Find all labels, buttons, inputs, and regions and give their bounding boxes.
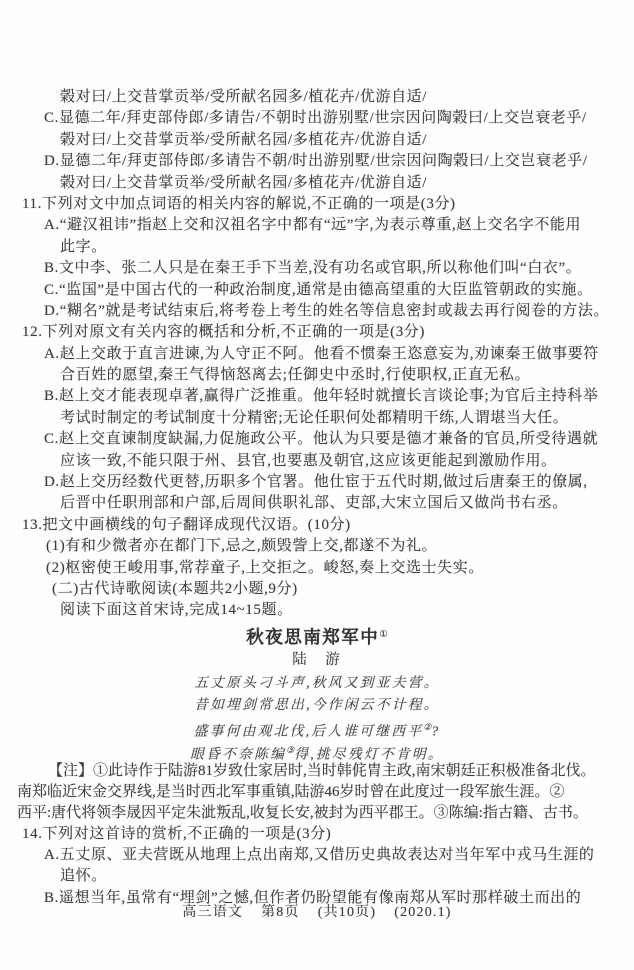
passage-breaking-option-c: C.显德二年/拜吏部侍郎/多请告/不朝时出游别墅/世宗因问陶榖曰/上交岂衰老乎/ [0,108,634,129]
question-12-option-a-cont: 合百姓的愿望,秦王气得恼怒离去;任御史中丞时,行使职权,正直无私。 [0,365,634,386]
poem-line-3: 盛事何由观北伐,后人谁可继西平②? [0,716,634,738]
section-2-heading: (二)古代诗歌阅读(本题共2小题,9分) [0,579,634,600]
exam-content: 榖对曰/上交昔掌贡举/受所献名园多/植花卉/优游自适/ C.显德二年/拜吏部侍郎… [0,87,634,909]
poem-note-line-2: 南郑临近宋金交界线,是当时西北军事重镇,陆游46岁时曾在此度过一段军旅生涯。② [0,782,634,803]
question-12-option-d-cont: 后晋中任职刑部和户部,后周间供职礼部、吏部,大宋立国后又做尚书右丞。 [0,493,634,514]
question-12-option-a: A.赵上交敢于直言进谏,为人守正不阿。他看不惯秦王恣意妄为,劝谏秦王做事要符 [0,344,634,365]
question-12-option-b-cont: 考试时制定的考试制度十分精密;无论任职何处都精明干练,人谓堪当大任。 [0,408,634,429]
poem-author: 陆 游 [0,649,634,672]
question-11-option-c: C.“监国”是中国古代的一种政治制度,通常是由德高望重的大臣监管朝政的实施。 [0,280,634,301]
question-12-option-c: C.赵上交直谏制度缺漏,力促施政公平。他认为只要是德才兼备的官员,所受待遇就 [0,429,634,450]
question-11-option-a: A.“避汉祖讳”指赵上交和汉祖名字中都有“远”字,为表示尊重,赵上交名字不能用 [0,215,634,236]
question-14-stem: 14.下列对这首诗的赏析,不正确的一项是(3分) [0,824,634,845]
footer-date: (2020.1) [394,905,451,920]
question-13-sentence-2: (2)枢密使王峻用事,常荐童子,上交拒之。峻怒,奏上交选士失实。 [0,558,634,579]
question-13-sentence-1: (1)有和少微者亦在都门下,忌之,颇毁訾上交,都遂不为礼。 [0,536,634,557]
question-11-option-d: D.“糊名”就是考试结束后,将考卷上考生的姓名等信息密封或裁去再行阅卷的方法。 [0,301,634,322]
poem-line-3-text: 盛事何由观北伐,后人谁可继西平 [194,724,424,739]
footer-total-pages: (共10页) [318,905,377,920]
poem-line-1: 五丈原头刁斗声,秋风又到亚夫营。 [0,672,634,694]
question-13-stem: 13.把文中画横线的句子翻译成现代汉语。(10分) [0,515,634,536]
question-11-option-a-cont: 此字。 [0,237,634,258]
poem-title: 秋夜思南郑军中 [246,627,379,647]
question-12-option-d: D.赵上交历经数代更替,历职多个官署。他仕宦于五代时期,做过后唐秦王的僚属, [0,472,634,493]
question-11-stem: 11.下列对文中加点词语的相关内容的解说,不正确的一项是(3分) [0,194,634,215]
exam-page: 榖对曰/上交昔掌贡举/受所献名园多/植花卉/优游自适/ C.显德二年/拜吏部侍郎… [0,0,634,970]
passage-breaking-option-tail: 榖对曰/上交昔掌贡举/受所献名园多/植花卉/优游自适/ [0,87,634,108]
question-14-option-a-cont: 追怀。 [0,866,634,887]
question-12-option-c-cont: 应该一致,不能只限于州、县官,也要惠及朝官,这应该更能起到激励作用。 [0,451,634,472]
footer-course-label: 高三语文 [182,905,243,920]
poem-line-4: 眼昏不奈陈编③得,挑尽残灯不肯明。 [0,739,634,761]
poem-line-2: 昔如埋剑常思出,今作闲云不计程。 [0,694,634,716]
question-14-option-a: A.五丈原、亚夫营既从地理上点出南郑,又借历史典故表达对当年军中戎马生涯的 [0,845,634,866]
question-12-option-b: B.赵上交才能表现卓著,赢得广泛推重。他年轻时就擅长言谈论事;为官后主持科举 [0,386,634,407]
section-2-intro: 阅读下面这首宋诗,完成14~15题。 [0,600,634,621]
poem-note-line-3: 西平:唐代将领李晟因平定朱泚叛乱,收复长安,被封为西平郡王。③陈编:指古籍、古书… [0,803,634,824]
poem-line-4-text: 眼昏不奈陈编 [190,746,286,761]
page-footer: 高三语文第8页(共10页)(2020.1) [0,901,634,921]
poem-note-line-1: 【注】①此诗作于陆游81岁致仕家居时,当时韩侂胄主政,南宋朝廷正积极准备北伐。 [0,761,634,782]
poem-line-3-end: ? [431,724,440,739]
question-12-stem: 12.下列对原文有关内容的概括和分析,不正确的一项是(3分) [0,322,634,343]
poem-line-4-end: 得,挑尽残灯不肯明。 [294,746,444,761]
footer-page-number: 第8页 [261,905,300,920]
poem-title-note-marker: ① [379,630,388,640]
poem-title-row: 秋夜思南郑军中① [0,622,634,649]
poem-note-3-marker: ③ [286,745,294,755]
passage-breaking-option-d-cont: 榖对曰/上交昔掌贡举/受所献名园/多植花卉/优游自适/ [0,173,634,194]
passage-breaking-option-c-cont: 榖对曰/上交昔掌贡举/受所献名园/多植花卉/优游自适/ [0,130,634,151]
question-11-option-b: B.文中李、张二人只是在秦王手下当差,没有功名或官职,所以称他们叫“白衣”。 [0,258,634,279]
passage-breaking-option-d: D.显德二年/拜吏部侍郎/多请告不朝/时出游别墅/世宗因问陶榖曰/上交岂衰老乎/ [0,151,634,172]
